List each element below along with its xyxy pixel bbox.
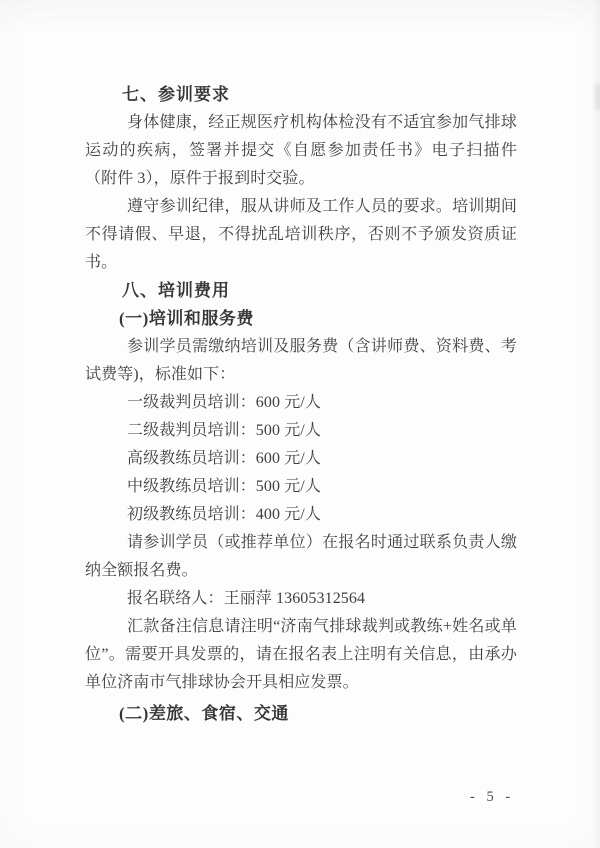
document-page: 七、参训要求 身体健康，经正规医疗机构体检没有不适宜参加气排球运动的疾病，签署并… [0,0,600,848]
section-heading-participation: 七、参训要求 [85,81,517,109]
paragraph-fee-intro: 参训学员需缴纳培训及服务费（含讲师费、资料费、考试费等)，标准如下： [85,333,517,389]
paragraph-remittance-note: 汇款备注信息请注明“济南气排球裁判或教练+姓名或单位”。需要开具发票的，请在报名… [85,613,517,697]
fee-list: 一级裁判员培训：600 元/人 二级裁判员培训：500 元/人 高级教练员培训：… [85,389,517,529]
fee-item-referee-level1: 一级裁判员培训：600 元/人 [85,389,517,417]
scan-artifact [596,84,600,110]
fee-item-coach-intermediate: 中级教练员培训：500 元/人 [85,473,517,501]
paragraph-payment-note: 请参训学员（或推荐单位）在报名时通过联系负责人缴纳全额报名费。 [85,529,517,585]
paragraph-health-requirement: 身体健康，经正规医疗机构体检没有不适宜参加气排球运动的疾病，签署并提交《自愿参加… [85,109,517,193]
section-heading-fees: 八、培训费用 [85,277,517,305]
subsection-heading-travel: (二)差旅、食宿、交通 [85,700,517,728]
fee-item-referee-level2: 二级裁判员培训：500 元/人 [85,417,517,445]
fee-item-coach-senior: 高级教练员培训：600 元/人 [85,445,517,473]
fee-item-coach-junior: 初级教练员培训：400 元/人 [85,501,517,529]
paragraph-discipline-requirement: 遵守参训纪律，服从讲师及工作人员的要求。培训期间不得请假、早退，不得扰乱培训秩序… [85,193,517,277]
page-number: - 5 - [470,789,513,806]
subsection-heading-training-fee: (一)培训和服务费 [85,305,517,333]
document-body: 七、参训要求 身体健康，经正规医疗机构体检没有不适宜参加气排球运动的疾病，签署并… [85,81,517,728]
contact-line: 报名联络人：王丽萍 13605312564 [85,585,517,613]
